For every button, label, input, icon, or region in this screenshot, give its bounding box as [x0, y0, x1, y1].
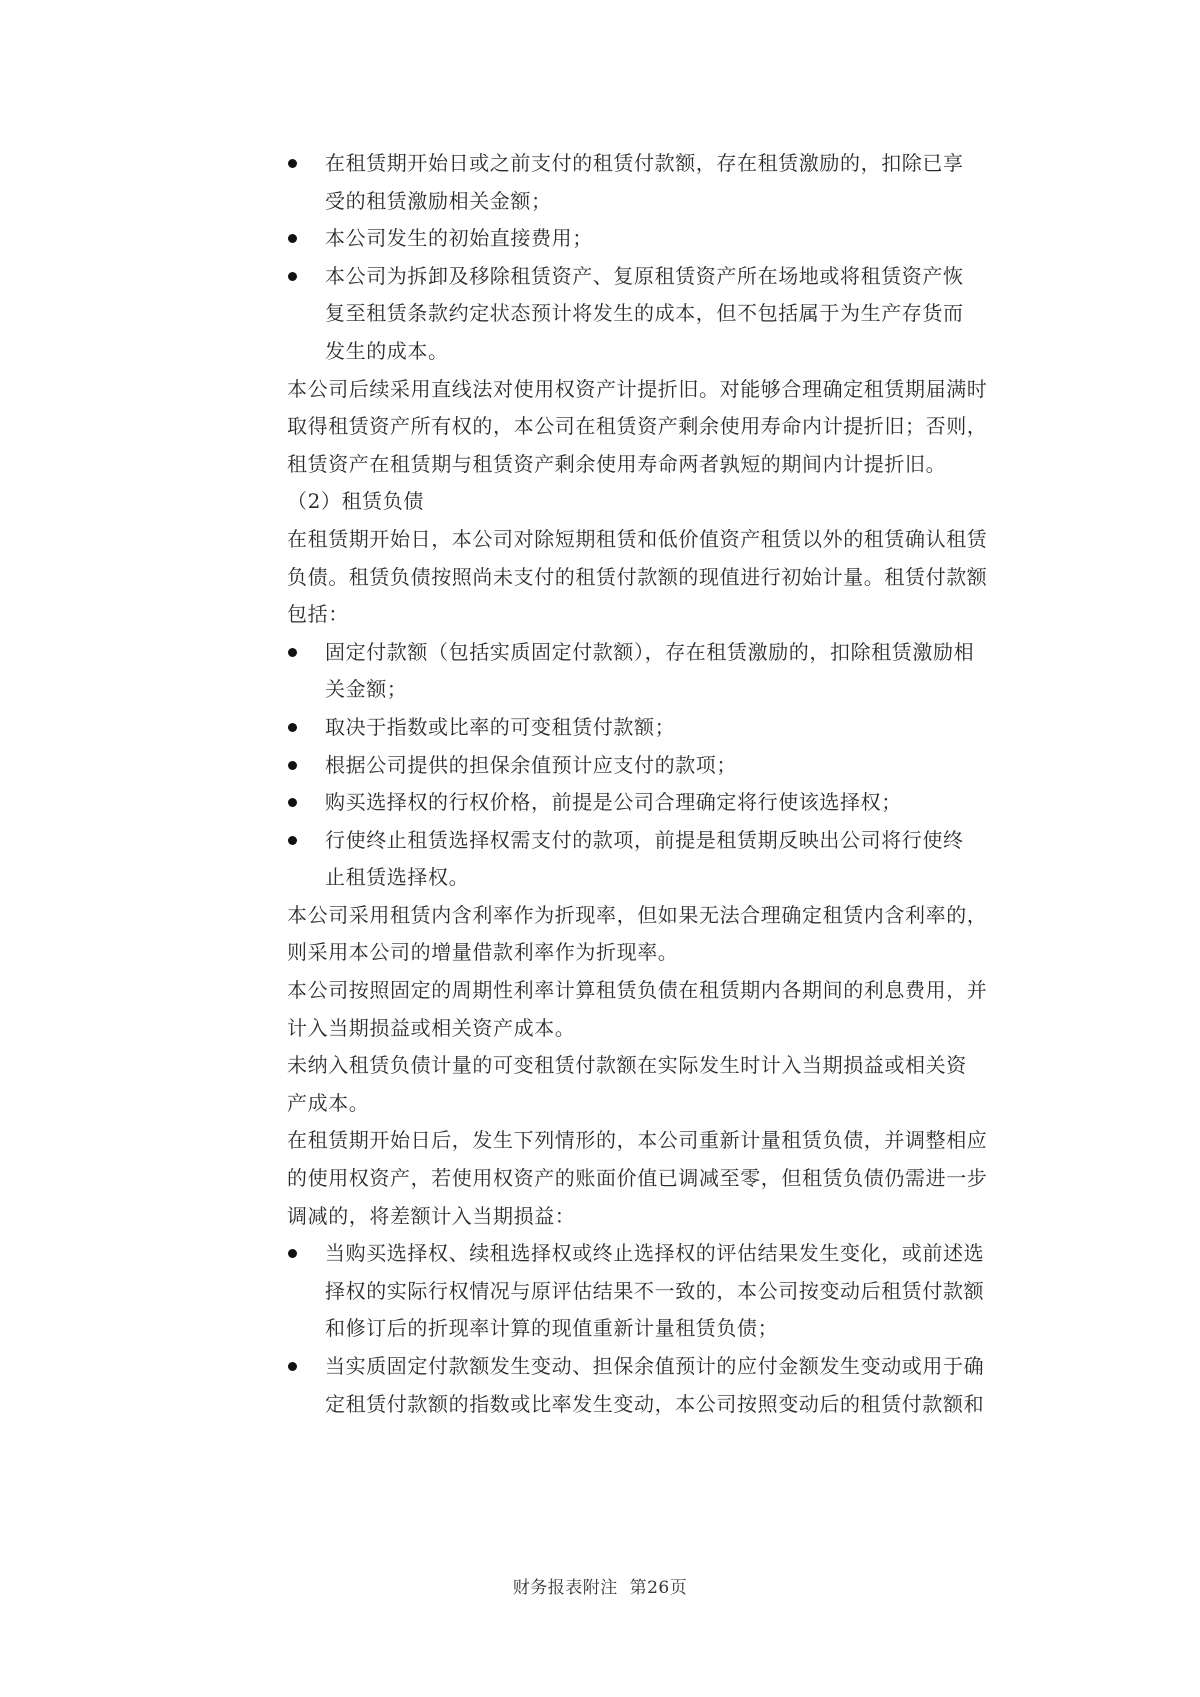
- text-line: 包括：: [287, 596, 957, 634]
- paragraph: 本公司采用租赁内含利率作为折现率，但如果无法合理确定租赁内含利率的，则采用本公司…: [287, 897, 957, 972]
- bullet-icon: [288, 272, 297, 281]
- text-line: 本公司按照固定的周期性利率计算租赁负债在租赁期内各期间的利息费用，并: [287, 972, 957, 1010]
- text-line: 受的租赁激励相关金额；: [325, 183, 957, 221]
- text-line: 的使用权资产，若使用权资产的账面价值已调减至零，但租赁负债仍需进一步: [287, 1160, 957, 1198]
- bullet-icon: [288, 648, 297, 657]
- bullet-list-item: 购买选择权的行权价格，前提是公司合理确定将行使该选择权；: [287, 784, 957, 822]
- text-line: 根据公司提供的担保余值预计应支付的款项；: [325, 747, 957, 785]
- text-line: 当实质固定付款额发生变动、担保余值预计的应付金额发生变动或用于确: [325, 1348, 957, 1386]
- bullet-icon: [288, 798, 297, 807]
- text-line: 本公司发生的初始直接费用；: [325, 220, 957, 258]
- text-line: 购买选择权的行权价格，前提是公司合理确定将行使该选择权；: [325, 784, 957, 822]
- text-line: （2）租赁负债: [287, 483, 957, 521]
- page-footer: 财务报表附注 第26页: [0, 1573, 1200, 1598]
- text-line: 复至租赁条款约定状态预计将发生的成本，但不包括属于为生产存货而: [325, 295, 957, 333]
- page-number: 第26页: [630, 1578, 688, 1598]
- bullet-list-item: 本公司发生的初始直接费用；: [287, 220, 957, 258]
- bullet-icon: [288, 1249, 297, 1258]
- bullet-icon: [288, 836, 297, 845]
- text-line: 和修订后的折现率计算的现值重新计量租赁负债；: [325, 1310, 957, 1348]
- document-body: 在租赁期开始日或之前支付的租赁付款额，存在租赁激励的，扣除已享受的租赁激励相关金…: [287, 145, 957, 1423]
- text-line: 计入当期损益或相关资产成本。: [287, 1010, 957, 1048]
- text-line: 取决于指数或比率的可变租赁付款额；: [325, 709, 957, 747]
- section-heading: （2）租赁负债: [287, 483, 957, 521]
- paragraph: 未纳入租赁负债计量的可变租赁付款额在实际发生时计入当期损益或相关资产成本。: [287, 1047, 957, 1122]
- bullet-list-item: 取决于指数或比率的可变租赁付款额；: [287, 709, 957, 747]
- paragraph: 本公司后续采用直线法对使用权资产计提折旧。对能够合理确定租赁期届满时取得租赁资产…: [287, 371, 957, 484]
- bullet-list-item: 本公司为拆卸及移除租赁资产、复原租赁资产所在场地或将租赁资产恢复至租赁条款约定状…: [287, 258, 957, 371]
- text-line: 关金额；: [325, 671, 957, 709]
- bullet-list-item: 固定付款额（包括实质固定付款额），存在租赁激励的，扣除租赁激励相关金额；: [287, 634, 957, 709]
- text-line: 负债。租赁负债按照尚未支付的租赁付款额的现值进行初始计量。租赁付款额: [287, 559, 957, 597]
- text-line: 本公司后续采用直线法对使用权资产计提折旧。对能够合理确定租赁期届满时: [287, 371, 957, 409]
- paragraph: 在租赁期开始日，本公司对除短期租赁和低价值资产租赁以外的租赁确认租赁负债。租赁负…: [287, 521, 957, 634]
- text-line: 则采用本公司的增量借款利率作为折现率。: [287, 934, 957, 972]
- bullet-icon: [288, 234, 297, 243]
- document-page: 在租赁期开始日或之前支付的租赁付款额，存在租赁激励的，扣除已享受的租赁激励相关金…: [0, 0, 1200, 1697]
- bullet-list-item: 在租赁期开始日或之前支付的租赁付款额，存在租赁激励的，扣除已享受的租赁激励相关金…: [287, 145, 957, 220]
- text-line: 行使终止租赁选择权需支付的款项，前提是租赁期反映出公司将行使终: [325, 822, 957, 860]
- text-line: 未纳入租赁负债计量的可变租赁付款额在实际发生时计入当期损益或相关资: [287, 1047, 957, 1085]
- bullet-list-item: 行使终止租赁选择权需支付的款项，前提是租赁期反映出公司将行使终止租赁选择权。: [287, 822, 957, 897]
- bullet-list-item: 当实质固定付款额发生变动、担保余值预计的应付金额发生变动或用于确定租赁付款额的指…: [287, 1348, 957, 1423]
- text-line: 租赁资产在租赁期与租赁资产剩余使用寿命两者孰短的期间内计提折旧。: [287, 446, 957, 484]
- bullet-list-item: 根据公司提供的担保余值预计应支付的款项；: [287, 747, 957, 785]
- bullet-list-item: 当购买选择权、续租选择权或终止选择权的评估结果发生变化，或前述选择权的实际行权情…: [287, 1235, 957, 1348]
- text-line: 发生的成本。: [325, 333, 957, 371]
- text-line: 定租赁付款额的指数或比率发生变动，本公司按照变动后的租赁付款额和: [325, 1386, 957, 1424]
- text-line: 择权的实际行权情况与原评估结果不一致的，本公司按变动后租赁付款额: [325, 1273, 957, 1311]
- paragraph: 本公司按照固定的周期性利率计算租赁负债在租赁期内各期间的利息费用，并计入当期损益…: [287, 972, 957, 1047]
- text-line: 在租赁期开始日或之前支付的租赁付款额，存在租赁激励的，扣除已享: [325, 145, 957, 183]
- bullet-icon: [288, 159, 297, 168]
- text-line: 固定付款额（包括实质固定付款额），存在租赁激励的，扣除租赁激励相: [325, 634, 957, 672]
- text-line: 当购买选择权、续租选择权或终止选择权的评估结果发生变化，或前述选: [325, 1235, 957, 1273]
- bullet-icon: [288, 1362, 297, 1371]
- text-line: 调减的，将差额计入当期损益：: [287, 1198, 957, 1236]
- text-line: 本公司采用租赁内含利率作为折现率，但如果无法合理确定租赁内含利率的，: [287, 897, 957, 935]
- text-line: 在租赁期开始日，本公司对除短期租赁和低价值资产租赁以外的租赁确认租赁: [287, 521, 957, 559]
- text-line: 产成本。: [287, 1085, 957, 1123]
- text-line: 在租赁期开始日后，发生下列情形的，本公司重新计量租赁负债，并调整相应: [287, 1122, 957, 1160]
- paragraph: 在租赁期开始日后，发生下列情形的，本公司重新计量租赁负债，并调整相应的使用权资产…: [287, 1122, 957, 1235]
- footer-title: 财务报表附注: [513, 1578, 618, 1598]
- bullet-icon: [288, 723, 297, 732]
- text-line: 取得租赁资产所有权的，本公司在租赁资产剩余使用寿命内计提折旧；否则，: [287, 408, 957, 446]
- text-line: 止租赁选择权。: [325, 859, 957, 897]
- text-line: 本公司为拆卸及移除租赁资产、复原租赁资产所在场地或将租赁资产恢: [325, 258, 957, 296]
- bullet-icon: [288, 761, 297, 770]
